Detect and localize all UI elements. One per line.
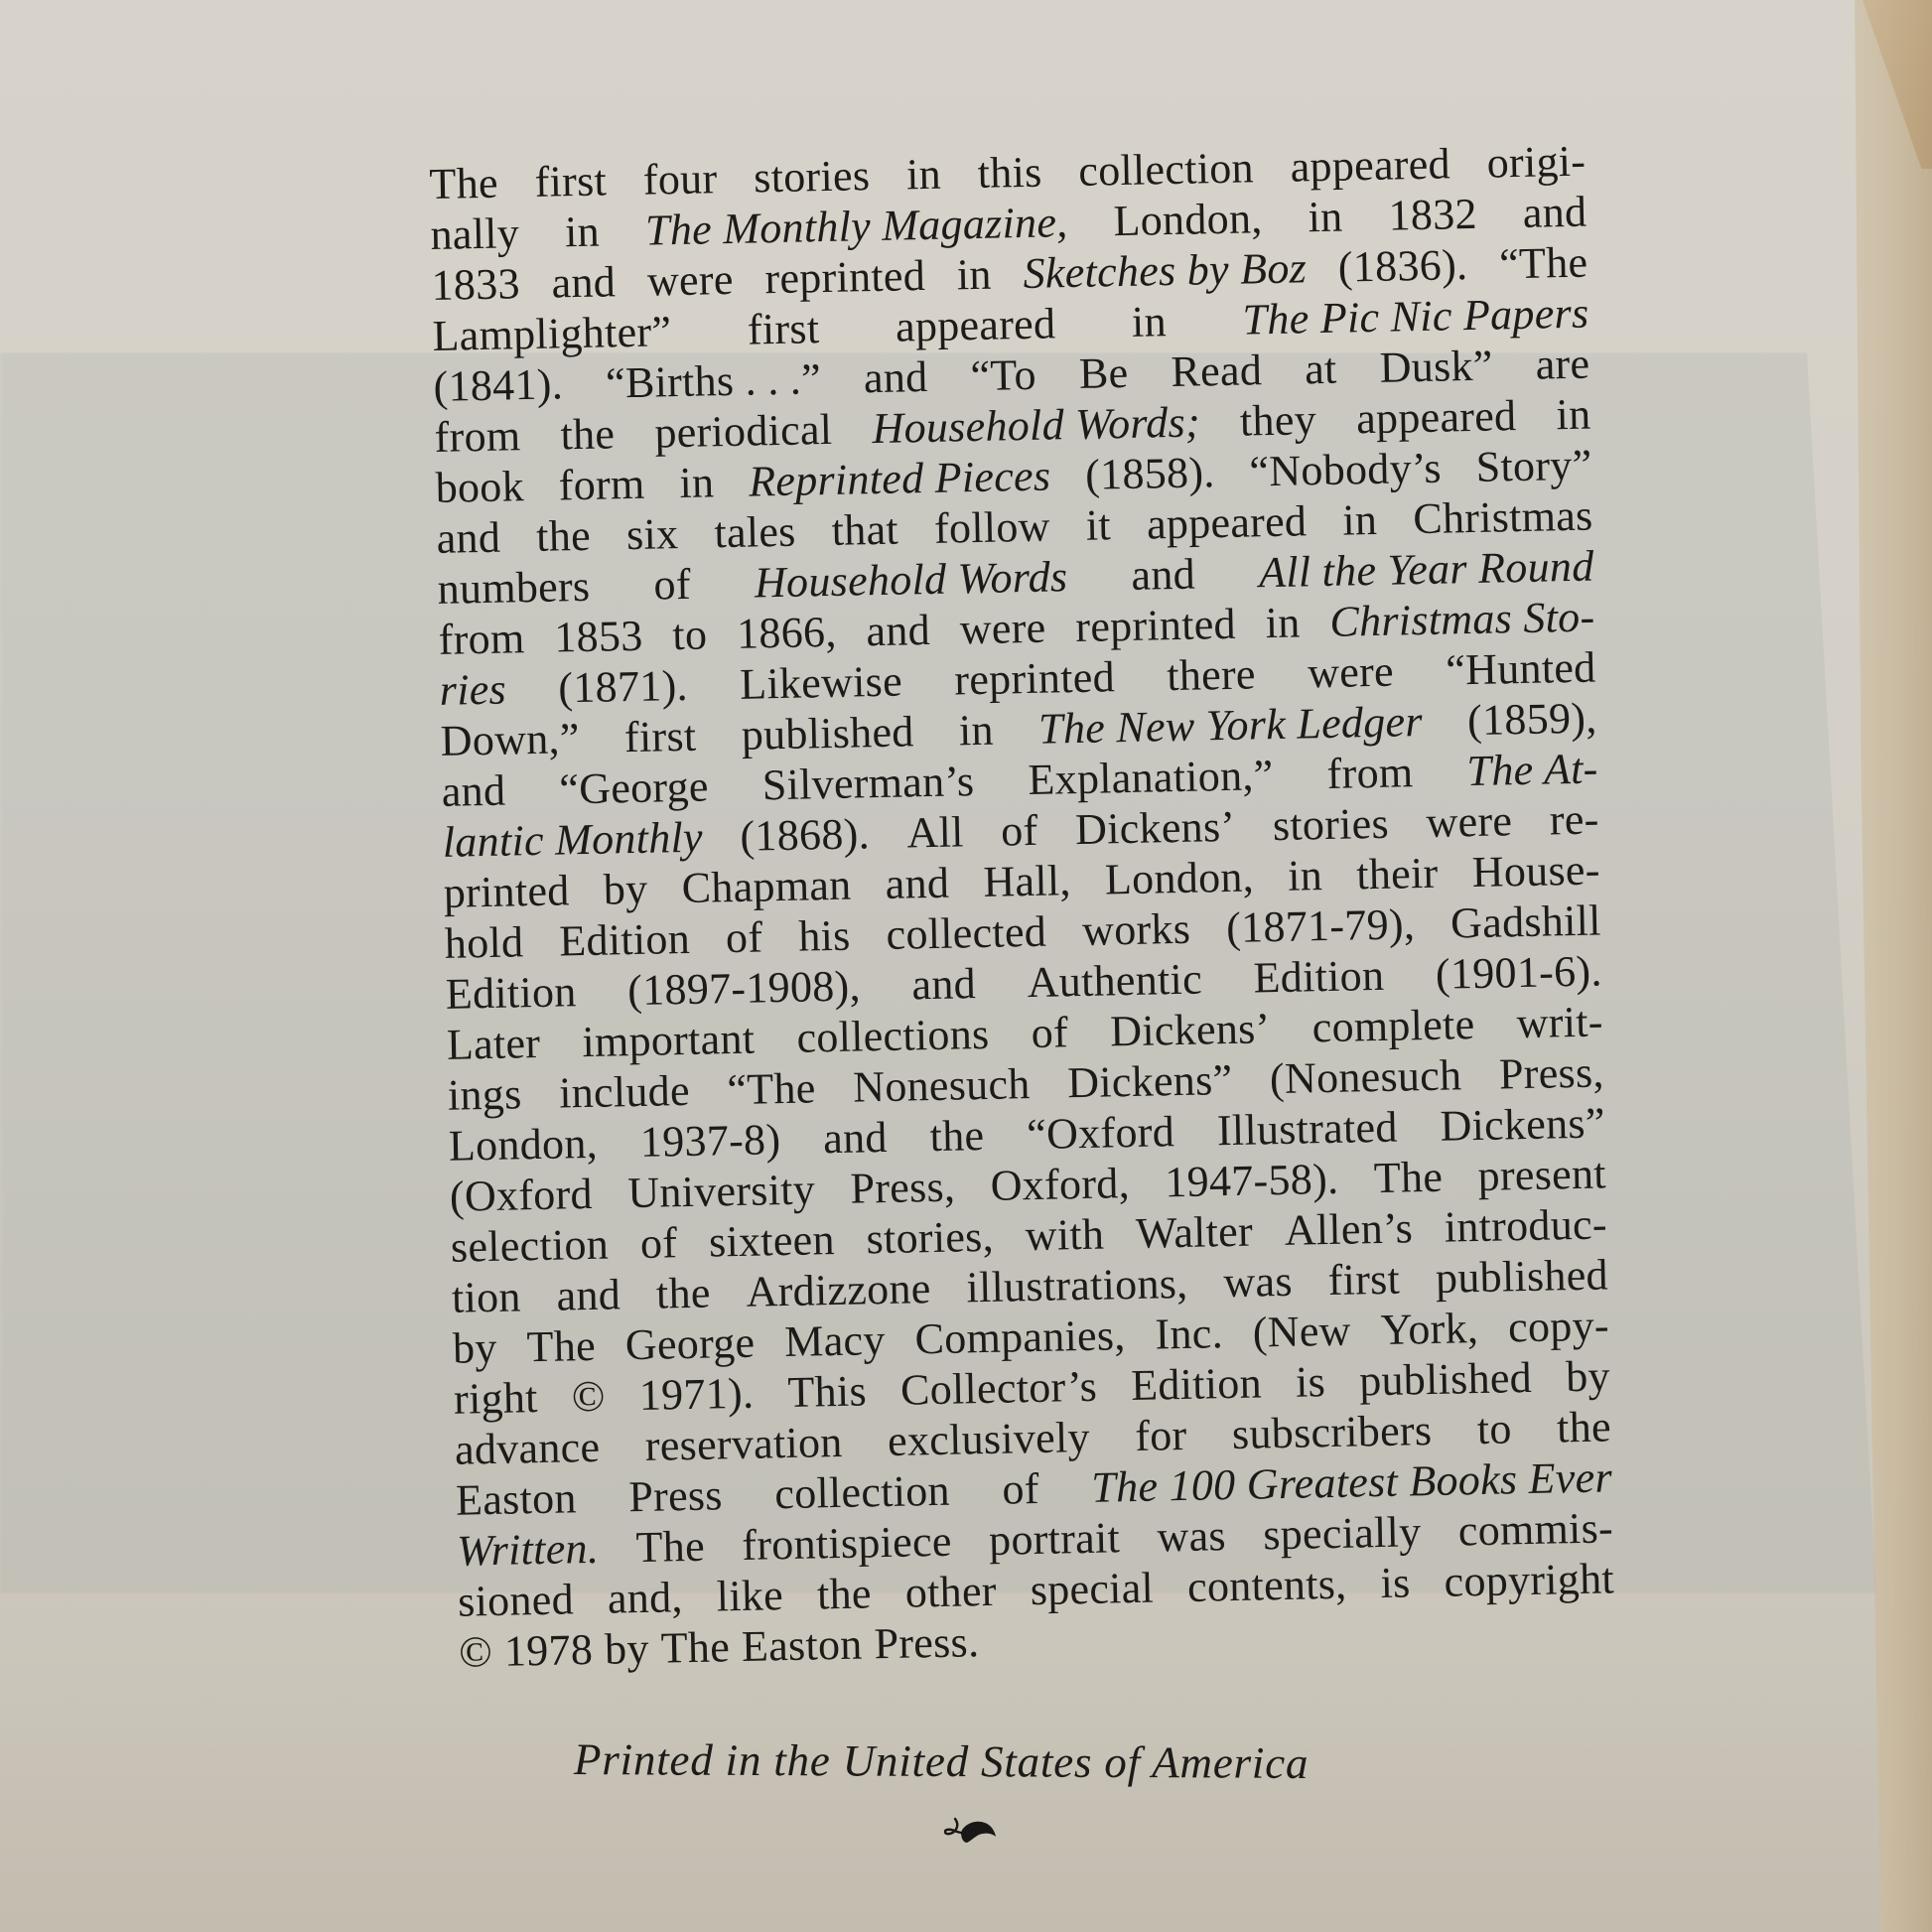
body-word: subscribers <box>1232 1405 1433 1459</box>
body-word: this <box>977 147 1042 199</box>
body-word: introduc- <box>1444 1198 1607 1252</box>
body-word: Be <box>1078 347 1128 399</box>
body-word: and <box>1522 187 1587 238</box>
italic-title-text: Written. <box>457 1523 600 1577</box>
body-word: Hall, <box>983 855 1071 907</box>
body-word: specially <box>1263 1506 1422 1560</box>
body-word: from <box>434 410 521 463</box>
body-word: 1832 <box>1388 189 1477 241</box>
body-word: collection <box>1078 142 1254 197</box>
body-word: Dickens’ <box>1110 1003 1271 1056</box>
body-word: their <box>1356 848 1439 900</box>
body-word: of <box>1001 805 1038 857</box>
body-word: portrait <box>989 1512 1121 1566</box>
body-word: Edition <box>559 913 691 967</box>
body-word: Edition <box>1131 1357 1263 1411</box>
body-word: (1871). <box>558 660 688 714</box>
body-word: copyright <box>1444 1553 1614 1606</box>
body-word: in <box>906 149 942 201</box>
body-word: there <box>1167 648 1256 701</box>
body-word: complete <box>1311 999 1475 1052</box>
body-word: and <box>436 512 500 564</box>
body-word: sioned <box>458 1574 575 1626</box>
body-word: (1871-79), <box>1226 898 1416 953</box>
body-word: Explanation,” <box>1028 750 1274 805</box>
body-word: in <box>1132 296 1168 347</box>
body-word: Edition <box>1253 950 1385 1004</box>
body-word: book <box>435 461 524 513</box>
body-word: Collector’s <box>900 1361 1098 1416</box>
body-word: numbers <box>437 561 591 615</box>
body-word: and <box>911 958 976 1010</box>
body-word: and <box>551 256 616 308</box>
body-word: (New <box>1252 1306 1351 1358</box>
body-word: Gadshill <box>1450 895 1602 948</box>
italic-title-text: ries <box>439 664 506 716</box>
body-word: and <box>441 765 505 817</box>
body-word: appeared <box>1356 390 1517 444</box>
body-word: in <box>956 249 992 301</box>
body-word: the <box>560 408 616 460</box>
body-word: in <box>1556 389 1591 441</box>
body-word: that <box>831 504 898 556</box>
body-word: reprinted <box>954 651 1116 705</box>
body-word: (1901-6). <box>1435 945 1602 999</box>
body-word: (1859), <box>1467 693 1597 747</box>
body-word: Likewise <box>740 656 903 710</box>
body-word: appeared <box>1147 495 1308 549</box>
body-word: of <box>653 559 691 611</box>
body-word: © <box>459 1626 493 1678</box>
body-word: from <box>438 613 525 665</box>
body-word: (1841). <box>433 358 563 412</box>
body-word: other <box>904 1566 997 1618</box>
body-word: with <box>1025 1209 1104 1262</box>
body-word: frontispiece <box>742 1516 952 1571</box>
body-word: illustrations, <box>966 1258 1188 1312</box>
body-word: in <box>1342 494 1378 546</box>
body-word: George <box>624 1317 755 1371</box>
body-word: Nonesuch <box>853 1058 1031 1113</box>
body-word: appeared <box>896 298 1056 351</box>
body-word: London, <box>1113 193 1263 246</box>
body-word: and <box>885 858 949 909</box>
body-word: The <box>1373 1152 1443 1203</box>
italic-title-text: The New York Ledger <box>1038 696 1424 755</box>
body-word: Companies, <box>914 1310 1126 1364</box>
body-word: “George <box>559 760 709 814</box>
body-word: Later <box>446 1018 540 1070</box>
body-word: Press. <box>874 1616 980 1669</box>
body-word: (1836). <box>1337 239 1467 293</box>
body-word: writ- <box>1516 996 1603 1048</box>
body-word: were <box>1426 795 1513 848</box>
body-word: in <box>958 705 994 757</box>
body-word: The <box>635 1521 705 1573</box>
body-word: All <box>906 806 964 858</box>
body-word: and <box>823 1112 888 1164</box>
body-word: published <box>741 706 914 759</box>
body-word: Edition <box>445 966 577 1020</box>
body-word: is <box>1380 1557 1411 1608</box>
body-word: in <box>1308 192 1343 243</box>
body-word: “Births . . .” <box>606 353 822 408</box>
body-word: York, <box>1380 1303 1479 1355</box>
body-word: “The <box>1499 237 1588 290</box>
body-word: advance <box>455 1422 601 1475</box>
body-word: and <box>1131 549 1195 601</box>
body-word: published <box>1436 1249 1609 1303</box>
body-word: Silverman’s <box>761 756 974 810</box>
body-word: (1858). <box>1085 447 1215 500</box>
body-word: This <box>787 1365 867 1418</box>
printed-in-imprint: Printed in the United States of America <box>574 1733 1310 1789</box>
body-word: four <box>642 153 718 205</box>
body-word: 1866, <box>737 607 838 659</box>
body-word: (1897-1908), <box>627 960 862 1016</box>
body-word: follow <box>934 501 1051 554</box>
body-word: © <box>571 1371 606 1423</box>
body-word: “To <box>970 349 1036 401</box>
body-word: The <box>526 1320 596 1372</box>
body-word: 1978 <box>503 1624 593 1677</box>
body-word: University <box>627 1164 816 1218</box>
body-word: first <box>747 303 819 354</box>
body-word: appeared <box>1290 138 1450 192</box>
body-word: at <box>1305 344 1337 395</box>
leaf-fleuron-icon <box>941 1815 997 1847</box>
body-word: special <box>1030 1563 1154 1615</box>
body-word: his <box>798 910 851 962</box>
body-word: origi- <box>1486 136 1587 189</box>
body-word: reprinted <box>1075 599 1237 652</box>
body-word: six <box>626 508 679 560</box>
body-word: “Oxford <box>1027 1106 1175 1160</box>
body-word: Oxford, <box>990 1158 1130 1211</box>
body-word: commis- <box>1457 1502 1613 1556</box>
body-word: in <box>679 457 715 508</box>
body-word: stories, <box>866 1211 994 1265</box>
body-word: London, <box>1104 851 1254 904</box>
body-word: of <box>639 1217 677 1269</box>
body-word: Story” <box>1475 440 1592 492</box>
body-word: the <box>536 510 592 562</box>
body-word: nally <box>430 207 519 260</box>
body-word: the <box>656 1268 712 1319</box>
body-word: to <box>1476 1403 1512 1454</box>
body-word: by <box>605 1623 650 1675</box>
body-word: collected <box>886 906 1046 960</box>
colophon-paragraph: Thefirstfourstoriesinthiscollectionappea… <box>429 136 1615 1678</box>
body-word: Dickens’ <box>1075 801 1236 855</box>
body-word: 1937-8) <box>639 1114 780 1168</box>
body-word: published <box>1359 1352 1533 1406</box>
body-word: stories <box>754 150 871 203</box>
body-word: first <box>534 155 607 207</box>
body-word: Illustrated <box>1216 1102 1398 1157</box>
body-word: was <box>1157 1510 1226 1562</box>
italic-title-text: Sketches by Boz <box>1023 242 1307 299</box>
body-word: of <box>1031 1007 1068 1058</box>
body-word: include <box>559 1065 691 1119</box>
body-word: by <box>1566 1350 1611 1402</box>
body-word: works <box>1082 903 1191 956</box>
body-word: The <box>429 158 498 209</box>
body-word: reprinted <box>764 250 926 304</box>
body-word: London, <box>448 1118 598 1172</box>
body-word: Macy <box>784 1314 886 1367</box>
body-word: stories <box>1272 798 1389 851</box>
body-word: Authentic <box>1027 954 1202 1009</box>
body-word: Allen’s <box>1284 1202 1413 1256</box>
body-word: Dickens” <box>1067 1054 1233 1108</box>
body-word: Easton <box>741 1619 863 1672</box>
body-word: Dusk” <box>1379 341 1493 393</box>
body-word: periodical <box>654 404 833 459</box>
body-word: tion <box>452 1271 522 1322</box>
italic-title-text: Christmas Sto- <box>1329 592 1595 647</box>
body-word: form <box>558 459 645 511</box>
body-word: (Nonesuch <box>1269 1049 1461 1104</box>
body-word: 1853 <box>554 611 643 663</box>
body-word: Chapman <box>681 860 852 913</box>
body-word: Read <box>1171 345 1263 397</box>
body-word: Easton <box>456 1472 578 1525</box>
body-word: tales <box>714 506 796 559</box>
italic-title-text: The At- <box>1466 743 1598 796</box>
body-word: collections <box>796 1009 990 1063</box>
body-word: in <box>1288 850 1323 901</box>
italic-title-text: Household Words; <box>872 396 1200 454</box>
body-word: Walter <box>1135 1206 1253 1259</box>
body-word: hold <box>444 916 523 969</box>
body-word: were <box>1308 646 1395 699</box>
body-word: of <box>725 911 762 963</box>
body-word: Press, <box>1498 1046 1604 1099</box>
body-word: reservation <box>644 1417 843 1471</box>
italic-title-text: All the Year Round <box>1259 541 1594 599</box>
body-word: Dickens” <box>1440 1097 1605 1151</box>
body-word: to <box>672 609 708 660</box>
body-word: important <box>582 1014 756 1067</box>
body-word: The <box>660 1621 730 1673</box>
body-word: sixteen <box>709 1214 836 1268</box>
body-word: Lamplighter” <box>432 306 672 361</box>
body-word: “Hunted <box>1446 642 1596 696</box>
body-word: and <box>556 1269 621 1320</box>
body-word: House- <box>1471 844 1600 897</box>
body-word: first <box>624 711 697 762</box>
body-word: 1947-58). <box>1165 1154 1339 1208</box>
body-word: ings <box>447 1068 522 1120</box>
body-word: like <box>716 1570 783 1621</box>
body-word: (1868). <box>740 808 870 862</box>
body-word: right <box>454 1372 539 1425</box>
body-word: Press <box>628 1469 723 1522</box>
body-word: from <box>1326 747 1414 799</box>
body-word: is <box>1296 1356 1326 1408</box>
body-word: the <box>1557 1401 1612 1452</box>
italic-title-text: Reprinted Pieces <box>749 451 1051 507</box>
body-word: Down,” <box>440 713 580 766</box>
body-word: for <box>1135 1410 1187 1461</box>
italic-title-text: lantic Monthly <box>442 812 703 868</box>
body-word: it <box>1085 499 1111 550</box>
body-word: “Nobody’s <box>1249 443 1442 497</box>
body-word: of <box>1002 1463 1039 1515</box>
body-word: and <box>866 605 930 656</box>
body-word: 1971). <box>638 1368 754 1421</box>
body-word: and, <box>607 1572 683 1624</box>
body-word: copy- <box>1508 1300 1610 1352</box>
italic-title-text: Household Words <box>754 551 1067 608</box>
body-word: Ardizzone <box>746 1263 931 1317</box>
body-word: the <box>817 1568 873 1619</box>
body-word: contents, <box>1187 1559 1347 1612</box>
body-word: they <box>1239 394 1316 447</box>
body-word: collection <box>774 1465 950 1520</box>
body-word: and <box>864 351 928 403</box>
body-word: Inc. <box>1155 1308 1223 1359</box>
italic-title-text: The Pic Nic Papers <box>1242 288 1589 345</box>
body-word: in <box>565 207 601 258</box>
body-word: printed <box>443 865 570 918</box>
body-word: re- <box>1549 793 1599 845</box>
body-word: by <box>453 1322 498 1374</box>
body-word: the <box>929 1110 985 1162</box>
body-word: are <box>1535 339 1590 390</box>
body-word: was <box>1223 1256 1293 1308</box>
body-word: Press, <box>850 1162 956 1214</box>
body-word: selection <box>450 1219 609 1273</box>
body-word: first <box>1327 1254 1400 1306</box>
body-word: were <box>646 254 734 307</box>
body-word: Christmas <box>1413 490 1593 545</box>
body-word: by <box>603 864 648 915</box>
body-word: were <box>959 603 1046 655</box>
body-word: (Oxford <box>449 1169 593 1222</box>
body-word: in <box>1265 597 1301 648</box>
body-word: exclusively <box>888 1412 1091 1466</box>
body-word: 1833 <box>431 258 520 311</box>
body-word: present <box>1477 1148 1606 1201</box>
italic-title-text: The Monthly Magazine, <box>645 197 1068 256</box>
body-word: “The <box>727 1062 816 1115</box>
